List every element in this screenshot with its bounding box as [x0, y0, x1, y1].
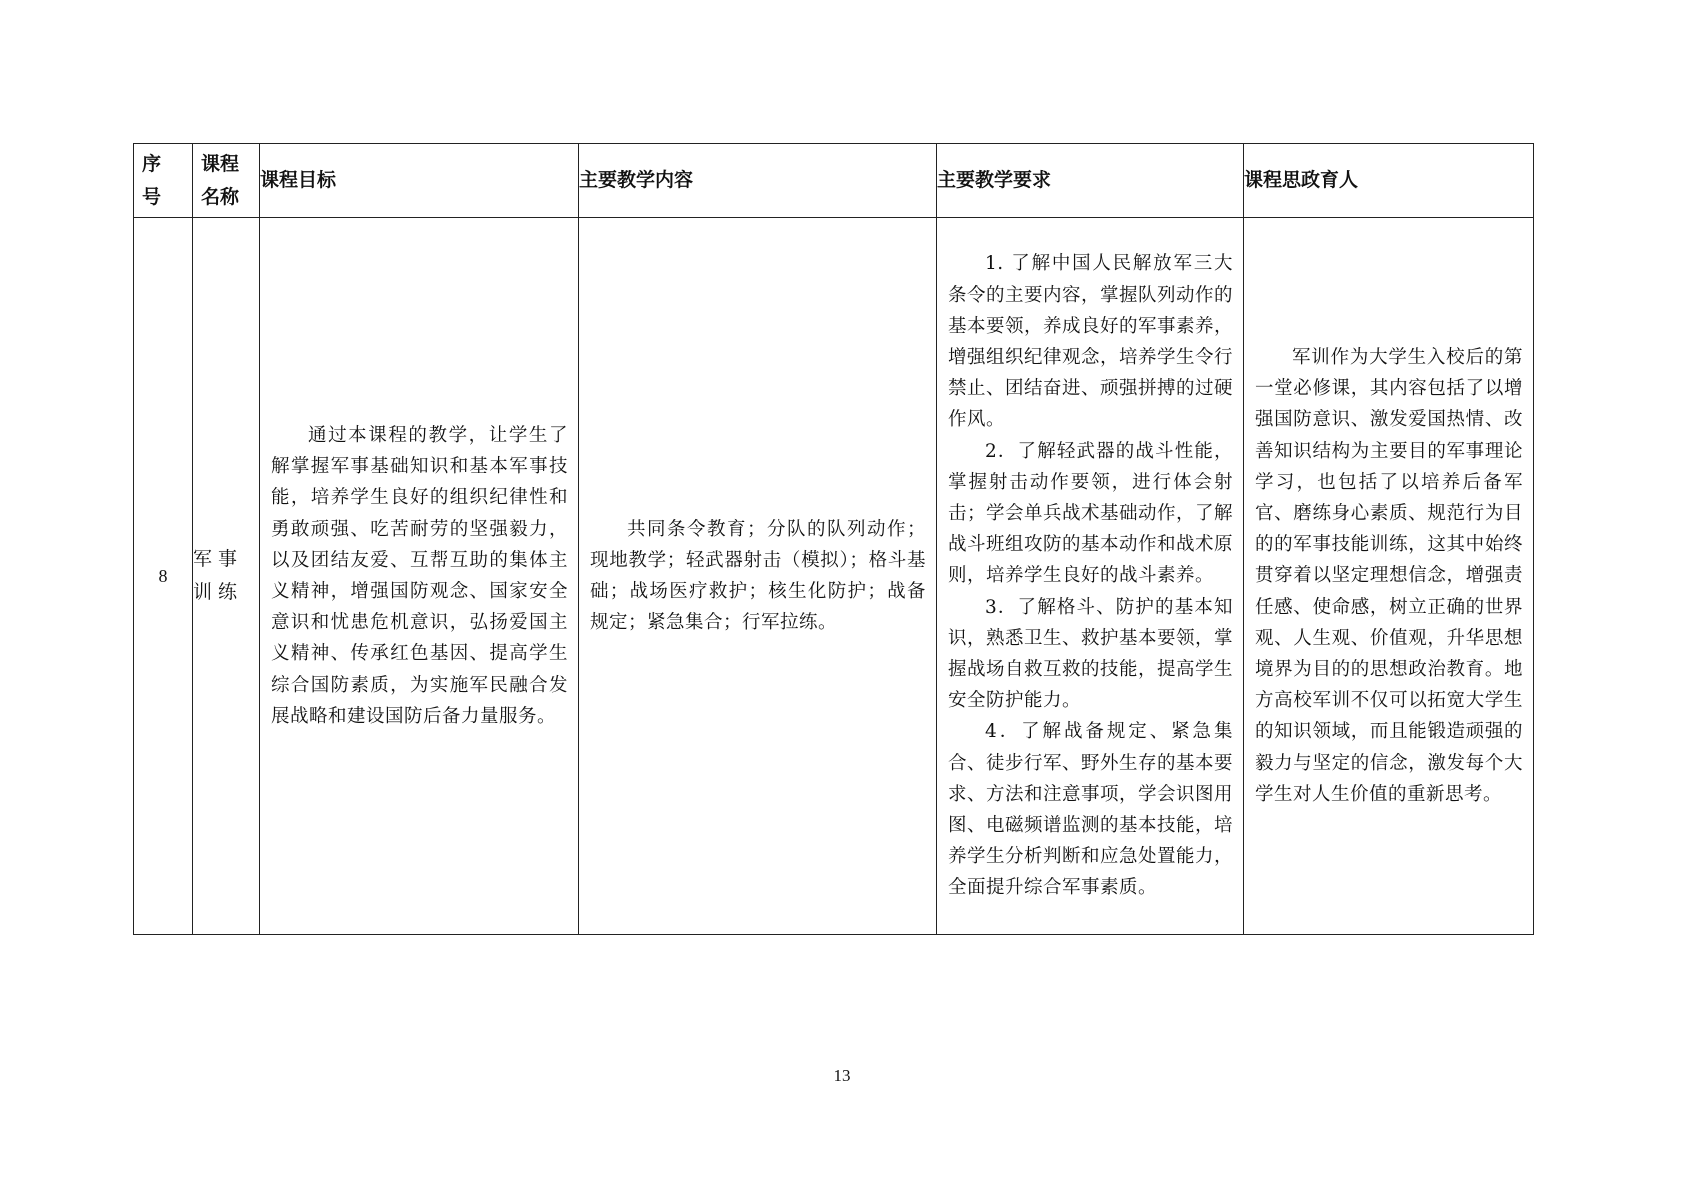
course-name-line2: 训练: [193, 576, 259, 609]
header-main-content: 主要教学内容: [579, 144, 937, 218]
header-seq: 序 号: [134, 144, 193, 218]
course-goal-text: 通过本课程的教学，让学生了解掌握军事基础知识和基本军事技能，培养学生良好的组织纪…: [260, 420, 578, 732]
page-number: 13: [0, 1066, 1684, 1086]
header-seq-line1: 序: [142, 148, 192, 181]
cell-ideological-education: 军训作为大学生入校后的第一堂必修课，其内容包括了以增强国防意识、激发爱国热情、改…: [1244, 218, 1534, 935]
curriculum-table: 序 号 课程 名称 课程目标 主要教学内容 主要教学要求 课程思政育人 8 军事…: [133, 143, 1534, 935]
requirement-item-4: 4．了解战备规定、紧急集合、徒步行军、野外生存的基本要求、方法和注意事项，学会识…: [948, 716, 1233, 903]
cell-course-goal: 通过本课程的教学，让学生了解掌握军事基础知识和基本军事技能，培养学生良好的组织纪…: [260, 218, 579, 935]
table-header-row: 序 号 课程 名称 课程目标 主要教学内容 主要教学要求 课程思政育人: [134, 144, 1534, 218]
header-seq-line2: 号: [142, 181, 192, 214]
course-name-line1: 军事: [193, 543, 259, 576]
table-row: 8 军事 训练 通过本课程的教学，让学生了解掌握军事基础知识和基本军事技能，培养…: [134, 218, 1534, 935]
main-content-text: 共同条令教育；分队的队列动作；现地教学；轻武器射击（模拟）；格斗基础；战场医疗救…: [579, 514, 936, 639]
header-main-requirements: 主要教学要求: [937, 144, 1244, 218]
header-course-name-line2: 名称: [201, 181, 259, 214]
header-course-name-line1: 课程: [201, 148, 259, 181]
ideological-education-text: 军训作为大学生入校后的第一堂必修课，其内容包括了以增强国防意识、激发爱国热情、改…: [1244, 342, 1533, 810]
cell-seq: 8: [134, 218, 193, 935]
cell-course-name: 军事 训练: [193, 218, 260, 935]
main-requirements-list: 1. 了解中国人民解放军三大条令的主要内容，掌握队列动作的基本要领，养成良好的军…: [937, 248, 1243, 903]
header-ideological-education: 课程思政育人: [1244, 144, 1534, 218]
requirement-item-3: 3．了解格斗、防护的基本知识，熟悉卫生、救护基本要领，掌握战场自救互救的技能，提…: [948, 592, 1233, 717]
header-course-name: 课程 名称: [193, 144, 260, 218]
cell-main-requirements: 1. 了解中国人民解放军三大条令的主要内容，掌握队列动作的基本要领，养成良好的军…: [937, 218, 1244, 935]
header-course-goal: 课程目标: [260, 144, 579, 218]
cell-main-content: 共同条令教育；分队的队列动作；现地教学；轻武器射击（模拟）；格斗基础；战场医疗救…: [579, 218, 937, 935]
document-page: 序 号 课程 名称 课程目标 主要教学内容 主要教学要求 课程思政育人 8 军事…: [0, 0, 1684, 1191]
requirement-item-2: 2．了解轻武器的战斗性能，掌握射击动作要领，进行体会射击；学会单兵战术基础动作，…: [948, 436, 1233, 592]
requirement-item-1: 1. 了解中国人民解放军三大条令的主要内容，掌握队列动作的基本要领，养成良好的军…: [948, 248, 1233, 435]
